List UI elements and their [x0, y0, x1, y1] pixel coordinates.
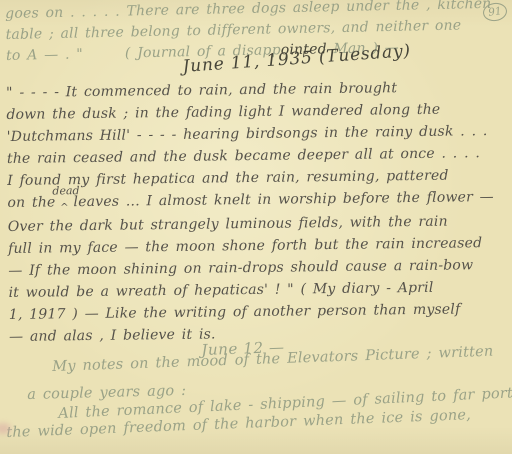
journal-page: 91 goes on . . . . . There are three dog…: [0, 0, 512, 454]
line-text: to A — . ": [6, 46, 83, 64]
line-text-suffix: leaves ... I almost knelt in worship bef…: [73, 189, 494, 210]
caret-mark: ^: [60, 197, 69, 219]
entry-june-11-body: " - - - - It commenced to rain, and the …: [6, 76, 496, 348]
insertion-anchor: dead^: [55, 191, 73, 215]
handwritten-line: a couple years ago :: [27, 383, 186, 403]
line-text-prefix: on the: [7, 194, 55, 211]
